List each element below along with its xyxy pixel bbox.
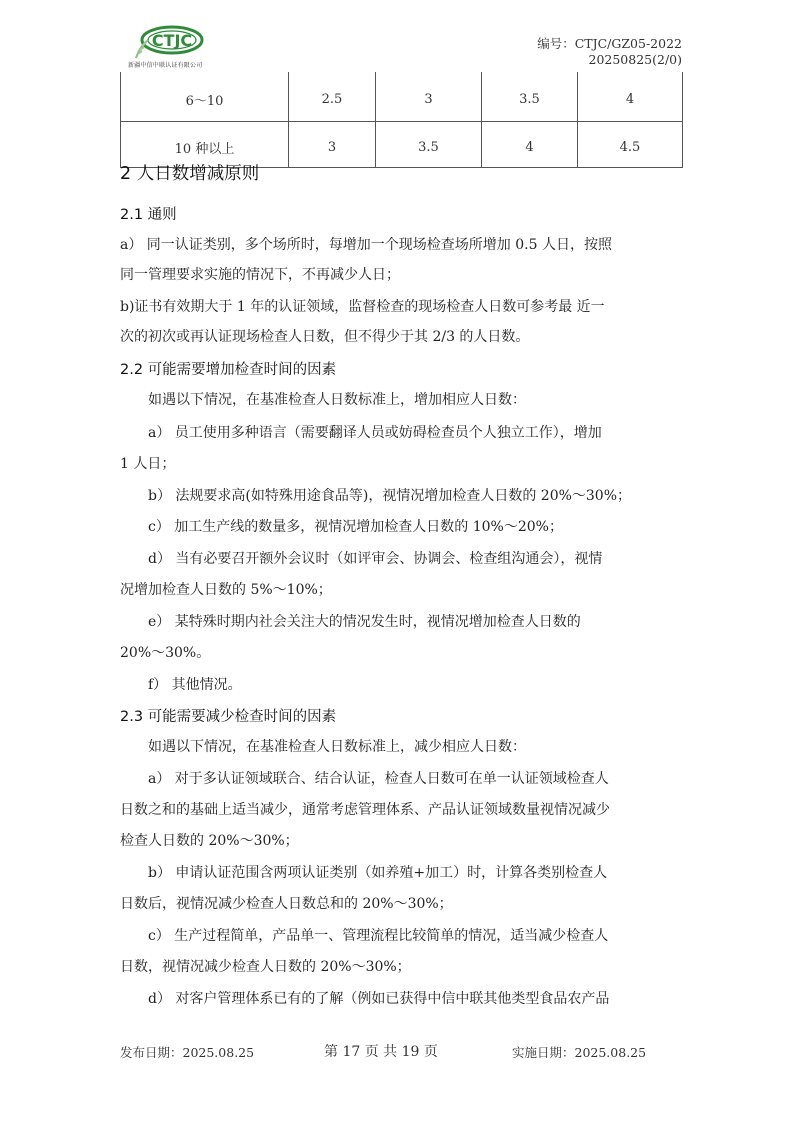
table-cell: 3.5 bbox=[376, 122, 482, 168]
paragraph-line: 次的初次或再认证现场检查人日数，但不得少于其 2/3 的人日数。 bbox=[120, 326, 529, 346]
section-heading: 2 人日数增减原则 bbox=[120, 160, 259, 185]
paragraph-line: 日数后，视情况减少检查人日数总和的 20%～30%； bbox=[120, 893, 453, 913]
paragraph-line: c） 加工生产线的数量多，视情况增加检查人日数的 10%～20%； bbox=[148, 516, 563, 536]
table-cell: 4 bbox=[482, 122, 578, 168]
doc-version: 20250825(2/0) bbox=[537, 52, 682, 68]
company-name: 新疆中信中联认证有限公司 bbox=[128, 60, 202, 69]
paragraph-line: b） 申请认证范围含两项认证类别（如养殖+加工）时，计算各类别检查人 bbox=[148, 862, 607, 882]
paragraph-line: b） 法规要求高(如特殊用途食品等)，视情况增加检查人日数的 20%～30%； bbox=[148, 485, 631, 505]
paragraph-line: d） 对客户管理体系已有的了解（例如已获得中信中联其他类型食品农产品 bbox=[148, 988, 609, 1008]
subsection-heading: 2.1 通则 bbox=[120, 203, 177, 224]
paragraph-line: 1 人日； bbox=[120, 453, 175, 473]
table-cell: 4 bbox=[578, 72, 683, 122]
paragraph-line: 同一管理要求实施的情况下，不再减少人日； bbox=[120, 264, 400, 284]
paragraph-line: e） 某特殊时期内社会关注大的情况发生时，视情况增加检查人日数的 bbox=[148, 611, 581, 631]
paragraph-line: a） 对于多认证领域联合、结合认证，检查人日数可在单一认证领域检查人 bbox=[148, 768, 609, 788]
subsection-heading: 2.2 可能需要增加检查时间的因素 bbox=[120, 358, 336, 379]
paragraph-line: 日数之和的基础上适当减少，通常考虑管理体系、产品认证领域数量视情况减少 bbox=[120, 799, 610, 819]
table-row: 6～10 2.5 3 3.5 4 bbox=[121, 72, 683, 122]
table-cell: 3 bbox=[289, 122, 376, 168]
effective-date: 实施日期：2025.08.25 bbox=[512, 1043, 646, 1061]
paragraph-line: b)证书有效期大于 1 年的认证领域，监督检查的现场检查人日数可参考最 近一 bbox=[120, 296, 605, 316]
paragraph-line: f） 其他情况。 bbox=[148, 674, 242, 694]
paragraph-line: 如遇以下情况，在基准检查人日数标准上，减少相应人日数： bbox=[148, 736, 526, 756]
paragraph-line: 况增加检查人日数的 5%～10%； bbox=[120, 579, 332, 599]
paragraph-line: c） 生产过程简单，产品单一、管理流程比较简单的情况，适当减少检查人 bbox=[148, 925, 608, 945]
table-cell: 3 bbox=[376, 72, 482, 122]
table-cell: 4.5 bbox=[578, 122, 683, 168]
doc-number: 编号：CTJC/GZ05-2022 bbox=[537, 36, 682, 52]
page-number: 第 17 页 共 19 页 bbox=[324, 1041, 438, 1061]
table-cell: 2.5 bbox=[289, 72, 376, 122]
paragraph-line: 20%～30%。 bbox=[120, 642, 210, 662]
paragraph-line: 如遇以下情况，在基准检查人日数标准上，增加相应人日数： bbox=[148, 389, 526, 409]
subsection-heading: 2.3 可能需要减少检查时间的因素 bbox=[120, 705, 336, 726]
publish-date: 发布日期：2025.08.25 bbox=[120, 1043, 254, 1061]
document-code: 编号：CTJC/GZ05-2022 20250825(2/0) bbox=[537, 36, 682, 68]
table-cell: 6～10 bbox=[121, 72, 289, 122]
paragraph-line: a） 员工使用多种语言（需要翻译人员或妨碍检查员个人独立工作），增加 bbox=[148, 422, 602, 442]
paragraph-line: d） 当有必要召开额外会议时（如评审会、协调会、检查组沟通会），视情 bbox=[148, 548, 602, 568]
paragraph-line: 检查人日数的 20%～30%； bbox=[120, 830, 299, 850]
svg-text:CTJC: CTJC bbox=[152, 31, 192, 50]
table-cell: 3.5 bbox=[482, 72, 578, 122]
paragraph-line: 日数，视情况减少检查人日数的 20%～30%； bbox=[120, 956, 411, 976]
person-day-table: 6～10 2.5 3 3.5 4 10 种以上 3 3.5 4 4.5 bbox=[120, 72, 682, 168]
paragraph-line: a） 同一认证类别，多个场所时，每增加一个现场检查场所增加 0.5 人日，按照 bbox=[120, 234, 612, 254]
